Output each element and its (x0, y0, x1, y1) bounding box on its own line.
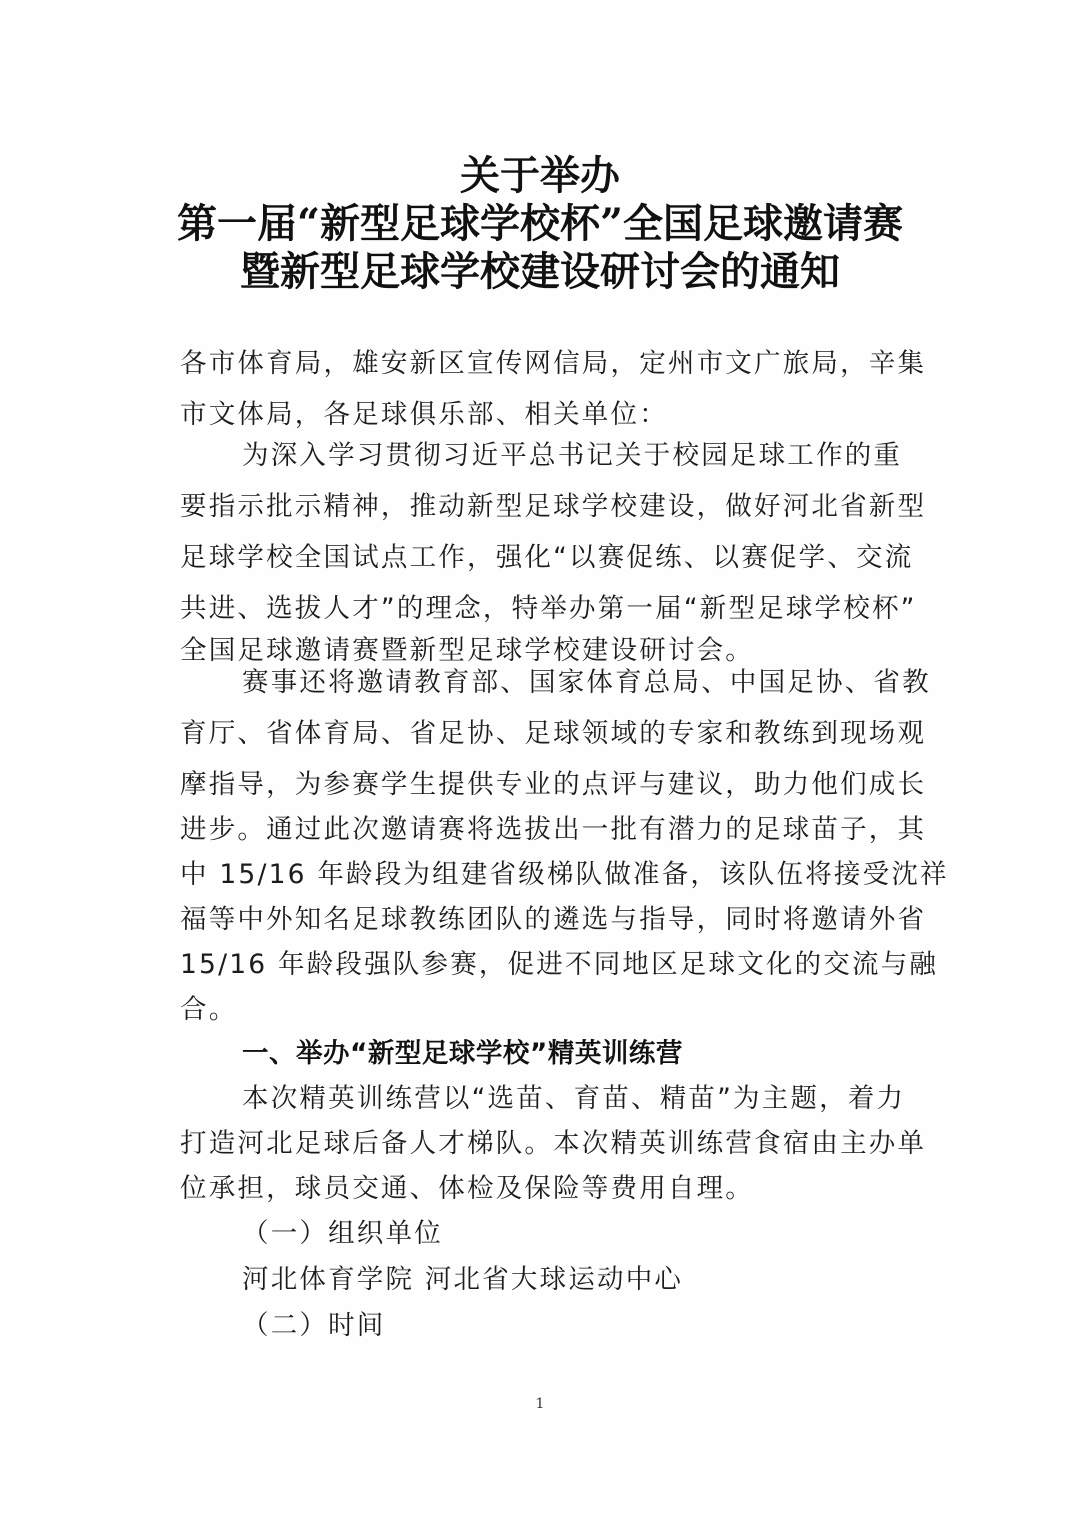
title-line-1: 关于举办 (0, 152, 1080, 200)
paragraph3-line-3: 位承担，球员交通、体检及保险等费用自理。 (180, 1165, 754, 1213)
title-line-3: 暨新型足球学校建设研讨会的通知 (0, 248, 1080, 296)
page-number: 1 (0, 1396, 1080, 1412)
paragraph1-line-2: 要指示批示精神，推动新型足球学校建设，做好河北省新型 (180, 483, 926, 531)
paragraph2-line-5: 中 15/16 年龄段为组建省级梯队做准备，该队伍将接受沈祥 (180, 851, 949, 899)
paragraph1-line-4: 共进、选拔人才”的理念，特举办第一届“新型足球学校杯” (180, 585, 917, 633)
paragraph3-line-1: 本次精英训练营以“选苗、育苗、精苗”为主题，着力 (242, 1075, 905, 1123)
title-line-2: 第一届“新型足球学校杯”全国足球邀请赛 (0, 200, 1080, 248)
paragraph1-line-1: 为深入学习贯彻习近平总书记关于校园足球工作的重 (242, 432, 902, 480)
paragraph2-line-8: 合。 (180, 986, 237, 1034)
paragraph2-line-6: 福等中外知名足球教练团队的遴选与指导，同时将邀请外省 (180, 896, 926, 944)
paragraph2-line-2: 育厅、省体育局、省足协、足球领域的专家和教练到现场观 (180, 710, 926, 758)
organizers: 河北体育学院 河北省大球运动中心 (242, 1256, 683, 1304)
paragraph2-line-7: 15/16 年龄段强队参赛，促进不同地区足球文化的交流与融 (180, 941, 938, 989)
paragraph1-line-3: 足球学校全国试点工作，强化“以赛促练、以赛促学、交流 (180, 534, 913, 582)
subsection1-heading: （一）组织单位 (242, 1210, 443, 1258)
document-page: 关于举办 第一届“新型足球学校杯”全国足球邀请赛 暨新型足球学校建设研讨会的通知… (0, 0, 1080, 1526)
paragraph2-line-4: 进步。通过此次邀请赛将选拔出一批有潜力的足球苗子，其 (180, 806, 926, 854)
subsection2-heading: （二）时间 (242, 1302, 386, 1350)
section1-heading: 一、举办“新型足球学校”精英训练营 (242, 1030, 683, 1078)
paragraph2-line-3: 摩指导，为参赛学生提供专业的点评与建议，助力他们成长 (180, 761, 926, 809)
paragraph2-line-1: 赛事还将邀请教育部、国家体育总局、中国足协、省教 (242, 659, 931, 707)
paragraph3-line-2: 打造河北足球后备人才梯队。本次精英训练营食宿由主办单 (180, 1120, 926, 1168)
addressee-line-1: 各市体育局，雄安新区宣传网信局，定州市文广旅局，辛集 (180, 340, 926, 388)
document-title: 关于举办 第一届“新型足球学校杯”全国足球邀请赛 暨新型足球学校建设研讨会的通知 (0, 152, 1080, 296)
